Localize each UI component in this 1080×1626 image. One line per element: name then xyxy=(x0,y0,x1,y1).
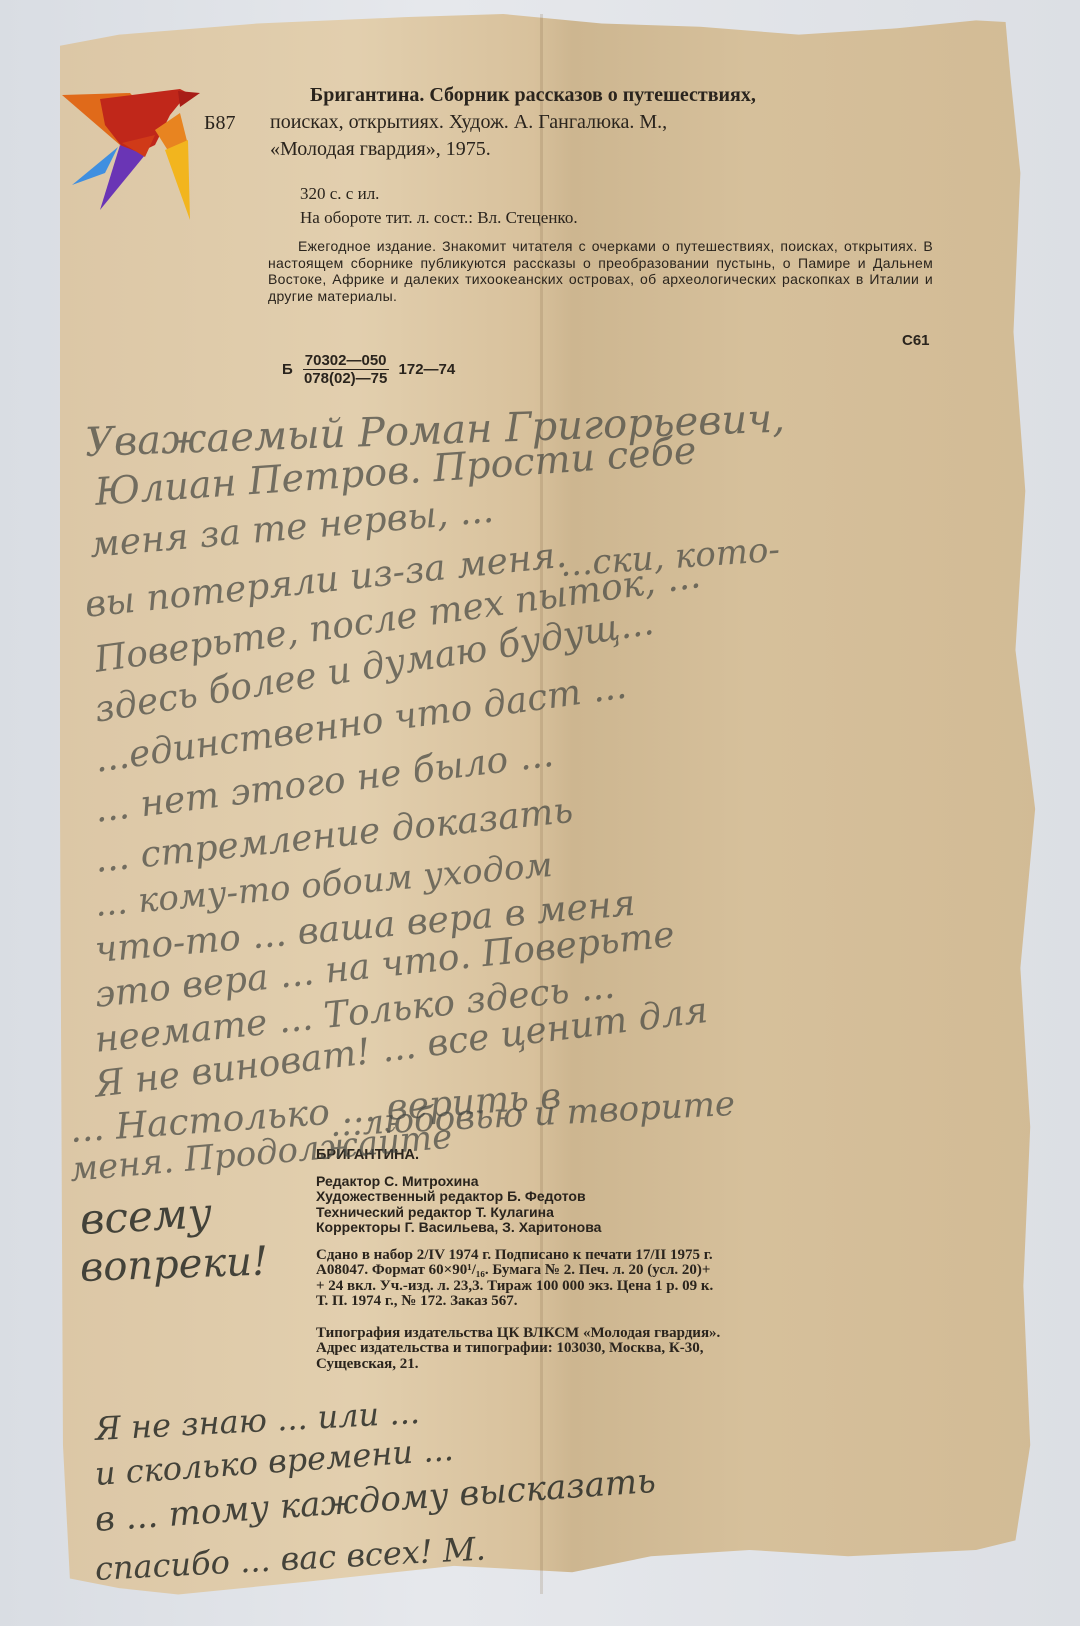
bbk-denominator: 078(02)—75 xyxy=(304,370,387,387)
editorial-staff: Редактор С. Митрохина Художественный ред… xyxy=(316,1174,976,1236)
book-info: 320 с. с ил. На обороте тит. л. сост.: В… xyxy=(300,182,578,230)
press-line: Сущевская, 21. xyxy=(316,1357,976,1373)
printing-house: Типография издательства ЦК ВЛКСМ «Молода… xyxy=(316,1326,976,1373)
bbk-index: Б 70302—050 078(02)—75 172—74 xyxy=(282,352,455,387)
press-line: Типография издательства ЦК ВЛКСМ «Молода… xyxy=(316,1326,976,1342)
handwritten-line: всему xyxy=(79,1188,213,1244)
press-line: Адрес издательства и типографии: 103030,… xyxy=(316,1341,976,1357)
imprint-block: БРИГАНТИНА. Редактор С. Митрохина Художе… xyxy=(316,1148,976,1372)
catalog-code: Б87 xyxy=(204,110,235,137)
header-line-2: поисках, открытиях. Худож. А. Гангалюка.… xyxy=(270,109,950,136)
tech-line: Т. П. 1974 г., № 172. Заказ 567. xyxy=(316,1294,976,1310)
bbk-prefix: Б xyxy=(282,361,293,378)
staff-line: Корректоры Г. Васильева, З. Харитонова xyxy=(316,1220,976,1236)
header-line-1: Бригантина. Сборник рассказов о путешест… xyxy=(310,84,756,106)
staff-line: Технический редактор Т. Кулагина xyxy=(316,1205,976,1221)
swallow-bird-logo xyxy=(60,85,210,225)
annotation: Ежегодное издание. Знакомит читателя с о… xyxy=(268,238,933,304)
tech-line: А08047. Формат 60×90¹/₁₆. Бумага № 2. Пе… xyxy=(316,1263,976,1279)
technical-details: Сдано в набор 2/IV 1974 г. Подписано к п… xyxy=(316,1248,976,1310)
classification-sig: С61 xyxy=(902,332,930,349)
annotation-text: Ежегодное издание. Знакомит читателя с о… xyxy=(268,238,933,304)
compiler-note: На обороте тит. л. сост.: Вл. Стеценко. xyxy=(300,206,578,230)
staff-line: Художественный редактор Б. Федотов xyxy=(316,1189,976,1205)
handwritten-line: вопреки! xyxy=(79,1238,269,1291)
staff-line: Редактор С. Митрохина xyxy=(316,1174,976,1190)
bbk-suffix: 172—74 xyxy=(399,361,456,378)
header-line-3: «Молодая гвардия», 1975. xyxy=(270,136,950,163)
page-count: 320 с. с ил. xyxy=(300,182,578,206)
tech-line: + 24 вкл. Уч.-изд. л. 23,3. Тираж 100 00… xyxy=(316,1279,976,1295)
bibliographic-header: Б87 Бригантина. Сборник рассказов о путе… xyxy=(270,82,950,163)
tech-line: Сдано в набор 2/IV 1974 г. Подписано к п… xyxy=(316,1248,976,1264)
bbk-numerator: 70302—050 xyxy=(303,352,389,370)
bbk-fraction: 70302—050 078(02)—75 xyxy=(303,352,389,387)
